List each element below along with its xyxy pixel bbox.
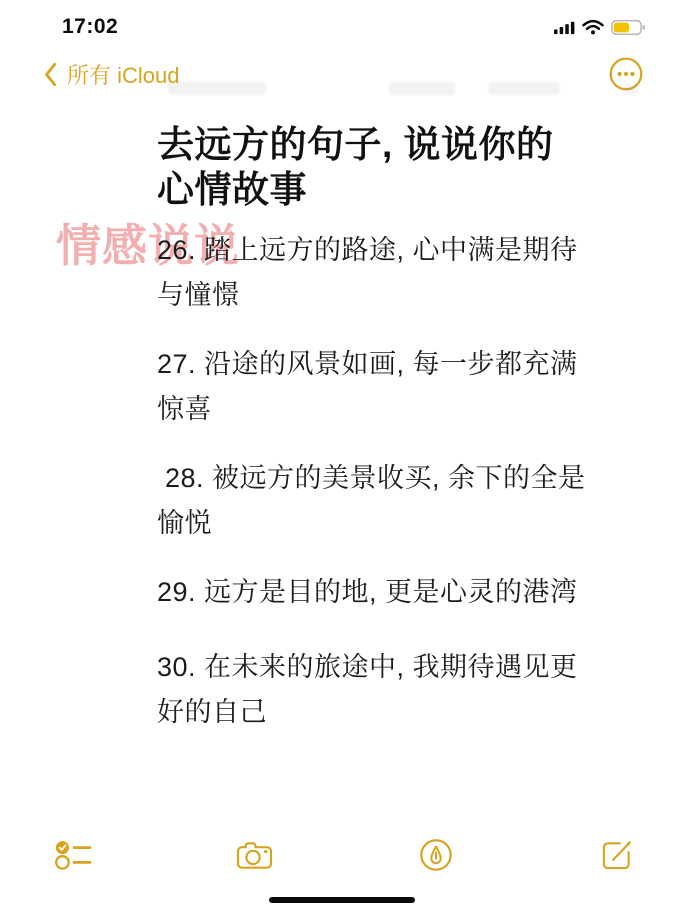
note-title[interactable]: 去远方的句子, 说说你的 心情故事 [157, 122, 614, 212]
cellular-signal-icon [554, 19, 575, 35]
checklist-icon [54, 839, 92, 871]
nav-bar: 所有 iCloud [0, 48, 684, 100]
camera-icon [236, 840, 273, 870]
camera-button[interactable] [231, 832, 277, 878]
note-paragraph[interactable]: 27. 沿途的风景如画, 每一步都充满 惊喜 [157, 342, 614, 432]
markup-pen-icon [419, 838, 453, 872]
ghost-artifact [168, 82, 266, 95]
note-paragraph[interactable]: 29. 远方是目的地, 更是心灵的港湾 [157, 570, 614, 615]
status-bar: 17:02 [0, 0, 684, 48]
status-time: 17:02 [62, 15, 118, 39]
note-paragraph[interactable]: 28. 被远方的美景收买, 余下的全是 愉悦 [157, 456, 614, 546]
status-icons [554, 19, 646, 36]
chevron-left-icon [44, 62, 57, 87]
note-paragraph[interactable]: 26. 踏上远方的路途, 心中满是期待 与憧憬 [157, 228, 614, 318]
bottom-toolbar [0, 826, 684, 884]
battery-icon [611, 19, 646, 36]
compose-icon [600, 839, 633, 872]
markup-button[interactable] [413, 832, 459, 878]
compose-button[interactable] [594, 832, 640, 878]
home-indicator[interactable] [269, 897, 415, 903]
ghost-artifact [488, 82, 560, 95]
ghost-artifact [389, 82, 455, 95]
notes-app-screen: 17:02 [0, 0, 684, 912]
note-body[interactable]: 去远方的句子, 说说你的 心情故事 26. 踏上远方的路途, 心中满是期待 与憧… [0, 100, 684, 759]
wifi-icon [582, 19, 604, 35]
note-paragraph[interactable]: 30. 在未来的旅途中, 我期待遇见更 好的自己 [157, 645, 614, 735]
back-button-label: 所有 iCloud [67, 59, 179, 90]
ghost-artifact [624, 85, 638, 95]
back-button[interactable]: 所有 iCloud [44, 59, 179, 90]
checklist-button[interactable] [50, 832, 96, 878]
